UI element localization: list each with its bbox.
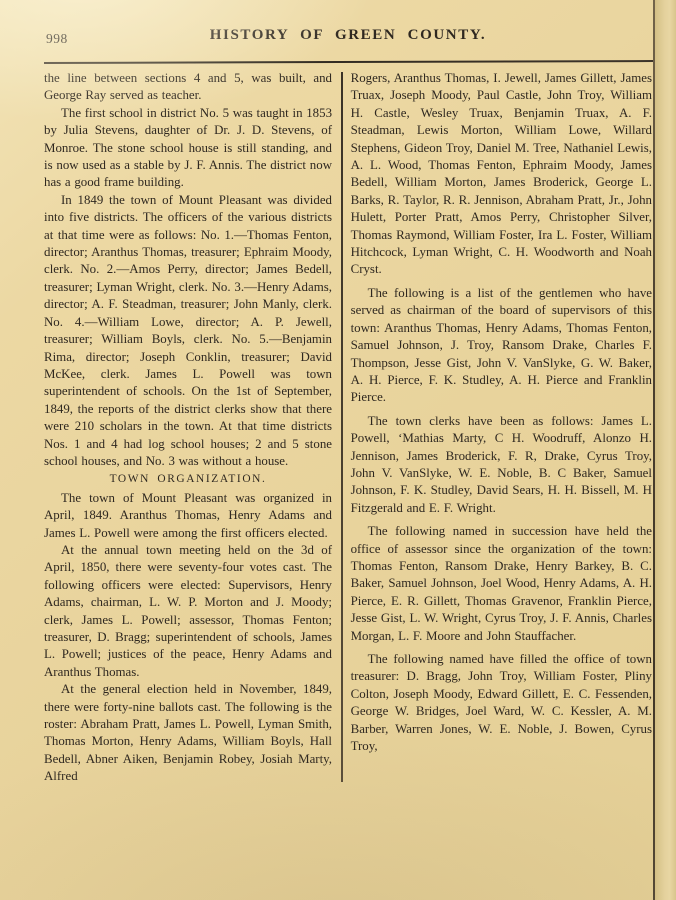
paragraph: The following named have filled the offi…: [351, 651, 652, 755]
paragraph: Rogers, Aranthus Thomas, I. Jewell, Jame…: [351, 70, 652, 279]
paragraph: At the annual town meeting held on the 3…: [44, 542, 332, 681]
paragraph: The town of Mount Pleasant was organized…: [44, 490, 332, 542]
header-rule: [44, 60, 653, 64]
paragraph: The following named in succession have h…: [351, 523, 652, 645]
section-heading: TOWN ORGANIZATION.: [44, 471, 332, 488]
paragraph: the line between sections 4 and 5, was b…: [44, 70, 332, 105]
book-page: 998 HISTORY OF GREEN COUNTY. the line be…: [0, 0, 676, 900]
paragraph: In 1849 the town of Mount Pleasant was d…: [44, 192, 332, 471]
page-title: HISTORY OF GREEN COUNTY.: [44, 27, 652, 44]
left-column: the line between sections 4 and 5, was b…: [44, 70, 332, 786]
paragraph: The following is a list of the gentlemen…: [351, 285, 652, 407]
page-header: 998 HISTORY OF GREEN COUNTY.: [44, 27, 652, 51]
page-edge-strip: [655, 0, 676, 900]
column-divider-rule: [341, 72, 343, 782]
paragraph: At the general election held in November…: [44, 681, 332, 785]
paragraph: The town clerks have been as follows: Ja…: [351, 413, 652, 517]
right-column: Rogers, Aranthus Thomas, I. Jewell, Jame…: [351, 70, 652, 786]
text-columns: the line between sections 4 and 5, was b…: [44, 70, 652, 786]
page-number: 998: [46, 31, 68, 47]
paragraph: The first school in district No. 5 was t…: [44, 105, 332, 192]
